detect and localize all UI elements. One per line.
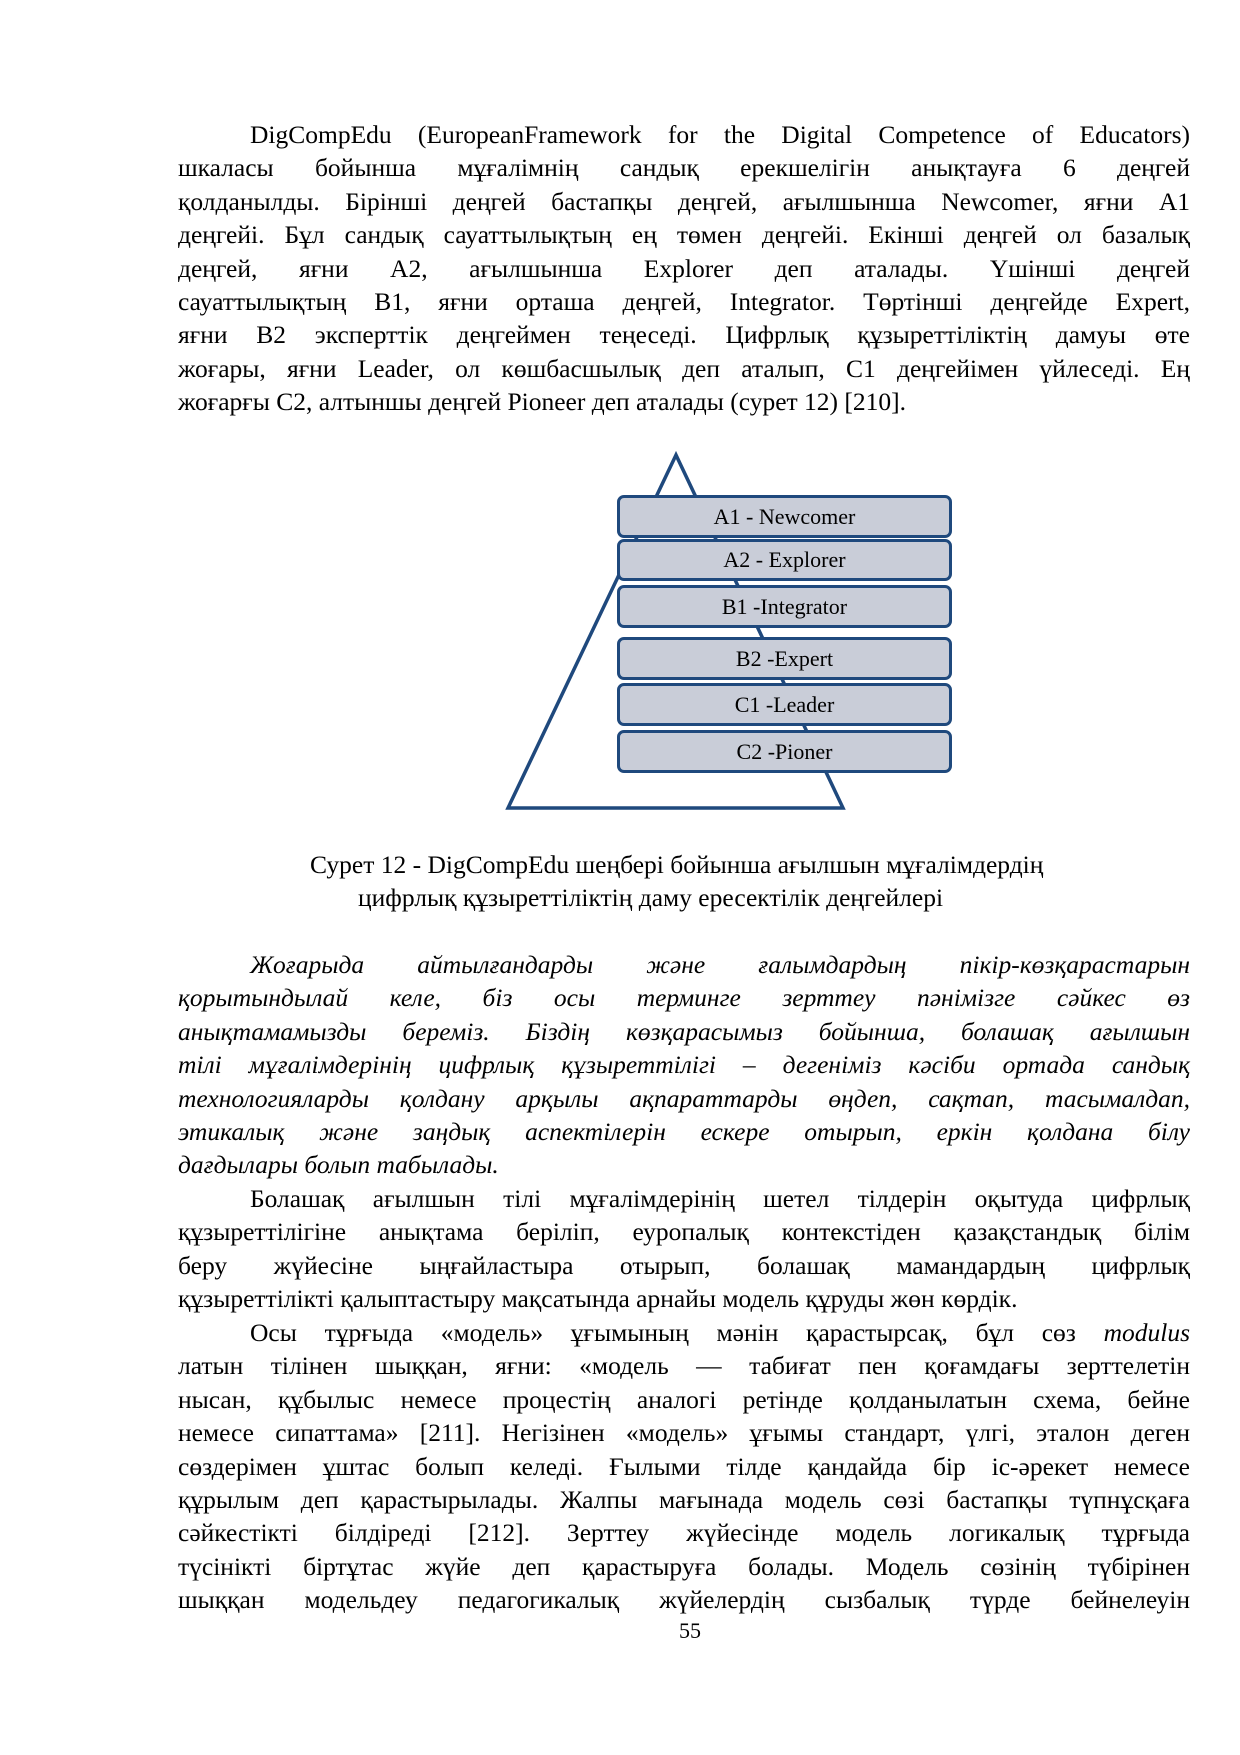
level-label: C1 -Leader xyxy=(735,692,835,718)
paragraph-model-concept: Осы тұрғыда «модель» ұғымының мәнін қара… xyxy=(178,1316,1190,1617)
text-line: этикалық және заңдық аспектілерін ескере… xyxy=(178,1115,1190,1148)
text-line: қорытындылай келе, біз осы терминге зерт… xyxy=(178,981,1190,1014)
level-box-a1: A1 - Newcomer xyxy=(617,495,952,538)
paragraph-digcompedu-levels: DigCompEdu (EuropeanFramework for the Di… xyxy=(178,118,1190,419)
text-line: түсінікті біртұтас жүйе деп қарастыруға … xyxy=(178,1550,1190,1583)
level-label: A2 - Explorer xyxy=(723,547,845,573)
text-line: жоғары, яғни Leader, ол көшбасшылық деп … xyxy=(178,352,1190,385)
text-fragment: Осы тұрғыда «модель» ұғымының мәнін қара… xyxy=(250,1318,1104,1347)
text-line: шкаласы бойынша мұғалімнің сандық ерекше… xyxy=(178,151,1190,184)
level-box-b2: B2 -Expert xyxy=(617,637,952,680)
text-line: құзыреттілігіне анықтама беріліп, еуропа… xyxy=(178,1215,1190,1248)
text-line: шыққан модельдеу педагогикалық жүйелерді… xyxy=(178,1583,1190,1616)
text-line: сәйкестікті білдіреді [212]. Зерттеу жүй… xyxy=(178,1516,1190,1549)
text-line: Жоғарыда айтылғандарды және ғалымдардың … xyxy=(178,948,1190,981)
level-box-c2: C2 -Pioner xyxy=(617,730,952,773)
level-label: A1 - Newcomer xyxy=(714,504,856,530)
text-line: қолданылды. Бірінші деңгей бастапқы деңг… xyxy=(178,185,1190,218)
page-number: 55 xyxy=(0,1618,1240,1644)
text-line: жоғарғы C2, алтыншы деңгей Pioneer деп а… xyxy=(178,385,1190,418)
text-line: беру жүйесіне ыңғайластыра отырып, болаш… xyxy=(178,1249,1190,1282)
figure-caption-line-1: Сурет 12 - DigCompEdu шеңбері бойынша ағ… xyxy=(310,848,1043,881)
text-line: Осы тұрғыда «модель» ұғымының мәнін қара… xyxy=(178,1316,1190,1349)
paragraph-definition: Жоғарыда айтылғандарды және ғалымдардың … xyxy=(178,948,1190,1182)
text-line: құрылым деп қарастырылады. Жалпы мағынад… xyxy=(178,1483,1190,1516)
text-line: деңгей, яғни A2, ағылшынша Explorer деп … xyxy=(178,252,1190,285)
text-line: тілі мұғалімдерінің цифрлық құзыреттіліг… xyxy=(178,1048,1190,1081)
latin-term: modulus xyxy=(1104,1318,1190,1347)
text-line: құзыреттілікті қалыптастыру мақсатында а… xyxy=(178,1282,1190,1315)
text-line: Болашақ ағылшын тілі мұғалімдерінің шете… xyxy=(178,1182,1190,1215)
text-line: анықтамамызды береміз. Біздің көзқарасым… xyxy=(178,1015,1190,1048)
text-line: нысан, құбылыс немесе процестің аналогі … xyxy=(178,1383,1190,1416)
text-line: латын тілінен шыққан, яғни: «модель — та… xyxy=(178,1349,1190,1382)
text-line: яғни B2 эксперттік деңгеймен теңеседі. Ц… xyxy=(178,318,1190,351)
text-line: деңгейі. Бұл сандық сауаттылықтың ең төм… xyxy=(178,218,1190,251)
text-line: DigCompEdu (EuropeanFramework for the Di… xyxy=(178,118,1190,151)
level-box-a2: A2 - Explorer xyxy=(617,539,952,581)
level-label: C2 -Pioner xyxy=(737,739,833,765)
level-box-b1: B1 -Integrator xyxy=(617,585,952,628)
paragraph-model-intent: Болашақ ағылшын тілі мұғалімдерінің шете… xyxy=(178,1182,1190,1316)
level-box-c1: C1 -Leader xyxy=(617,683,952,726)
figure-caption-line-2: цифрлық құзыреттіліктің даму ересектілік… xyxy=(358,881,943,914)
text-line: сауаттылықтың B1, яғни орташа деңгей, In… xyxy=(178,285,1190,318)
text-line: сөздерімен ұштас болып келеді. Ғылыми ті… xyxy=(178,1450,1190,1483)
level-label: B2 -Expert xyxy=(736,646,833,672)
level-label: B1 -Integrator xyxy=(722,594,847,620)
text-line: немесе сипаттама» [211]. Негізінен «моде… xyxy=(178,1416,1190,1449)
text-line: технологияларды қолдану арқылы ақпаратта… xyxy=(178,1082,1190,1115)
text-line: дағдылары болып табылады. xyxy=(178,1148,1190,1181)
